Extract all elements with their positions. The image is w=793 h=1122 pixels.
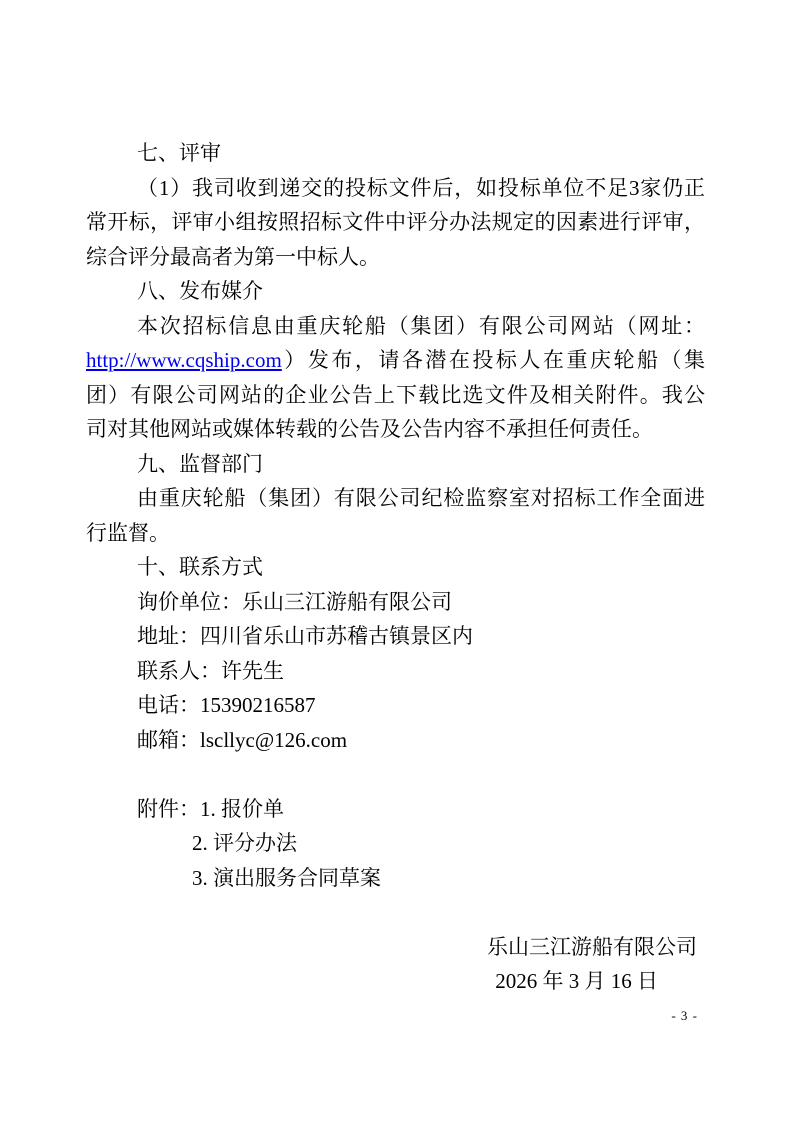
contact-inquiry-unit: 询价单位：乐山三江游船有限公司	[86, 585, 705, 620]
attachments-line3: 3. 演出服务合同草案	[86, 861, 705, 896]
section8-heading: 八、发布媒介	[86, 274, 705, 309]
attachments-line1: 附件：1. 报价单	[86, 792, 705, 827]
section7-para-line2: 常开标，评审小组按照招标文件中评分办法规定的因素进行评审，	[86, 205, 705, 240]
contact-phone: 电话：15390216587	[86, 688, 705, 723]
signature-company: 乐山三江游船有限公司	[86, 930, 705, 965]
attachments-line2: 2. 评分办法	[86, 826, 705, 861]
section8-para-line2-text: ）发布，请各潜在投标人在重庆轮船（集	[282, 348, 705, 372]
document-page: 七、评审 （1）我司收到递交的投标文件后，如投标单位不足3家仍正 常开标，评审小…	[0, 0, 793, 1122]
section8-para-line2: http://www.cqship.com）发布，请各潜在投标人在重庆轮船（集	[86, 343, 705, 378]
section9-para-line2: 行监督。	[86, 516, 705, 551]
contact-person: 联系人：许先生	[86, 654, 705, 689]
section10-heading: 十、联系方式	[86, 550, 705, 585]
section8-para-line1: 本次招标信息由重庆轮船（集团）有限公司网站（网址：	[86, 309, 705, 344]
section9-heading: 九、监督部门	[86, 447, 705, 482]
signature-date: 2026 年 3 月 16 日	[86, 964, 705, 999]
section7-heading: 七、评审	[86, 136, 705, 171]
section8-para-line3: 团）有限公司网站的企业公告上下载比选文件及相关附件。我公	[86, 378, 705, 413]
blank-line-1	[86, 757, 705, 792]
blank-line-2	[86, 895, 705, 930]
page-number: - 3 -	[671, 1007, 698, 1025]
cqship-url-link[interactable]: http://www.cqship.com	[86, 348, 282, 372]
contact-email: 邮箱：lscllyc@126.com	[86, 723, 705, 758]
section7-para-line3: 综合评分最高者为第一中标人。	[86, 240, 705, 275]
document-content: 七、评审 （1）我司收到递交的投标文件后，如投标单位不足3家仍正 常开标，评审小…	[86, 136, 705, 999]
contact-address: 地址：四川省乐山市苏稽古镇景区内	[86, 619, 705, 654]
section9-para-line1: 由重庆轮船（集团）有限公司纪检监察室对招标工作全面进	[86, 481, 705, 516]
section7-para-line1: （1）我司收到递交的投标文件后，如投标单位不足3家仍正	[86, 171, 705, 206]
section8-para-line4: 司对其他网站或媒体转载的公告及公告内容不承担任何责任。	[86, 412, 705, 447]
